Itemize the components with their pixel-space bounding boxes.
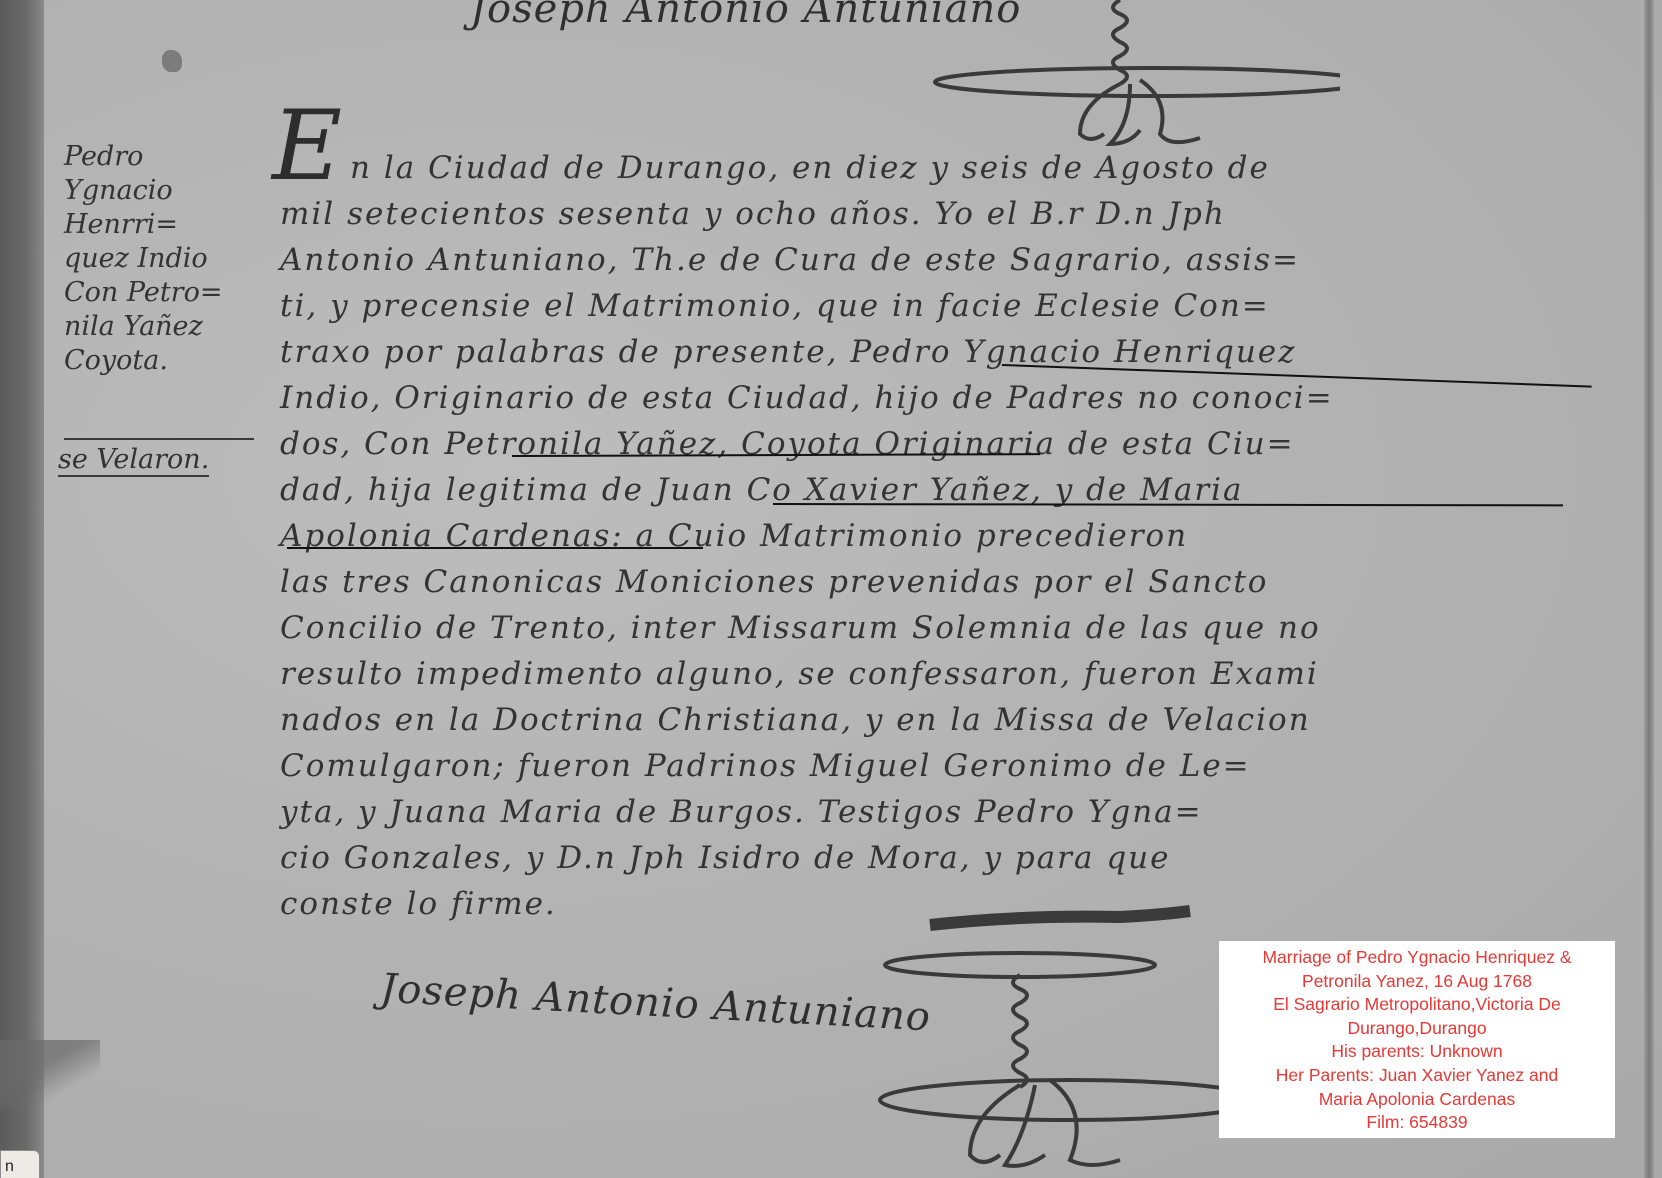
margin-divider: [64, 438, 254, 440]
footer-signature: Joseph Antonio Antuniano: [379, 966, 932, 1041]
body-line: Antonio Antuniano, Th.e de Cura de este …: [280, 242, 1300, 278]
margin-note-line: Coyota.: [64, 344, 274, 378]
body-line: resulto impedimento alguno, se confessar…: [280, 656, 1319, 692]
name-underline-mother: [287, 547, 703, 549]
decorated-initial: E: [272, 98, 342, 194]
annotation-film-line: Film: 654839: [1219, 1111, 1615, 1135]
body-line: dos, Con Petronila Yañez, Coyota Origina…: [280, 426, 1295, 462]
body-line: Comulgaron; fueron Padrinos Miguel Geron…: [280, 748, 1251, 784]
body-line: ti, y precensie el Matrimonio, que in fa…: [280, 288, 1270, 324]
margin-note-line: nila Yañez: [64, 310, 274, 344]
margin-note-line: Henrri=: [64, 208, 274, 242]
document-image-viewer: Joseph Antonio Antuniano Pedro Ygnacio H…: [0, 0, 1662, 1178]
ink-blot: [162, 50, 182, 72]
body-line: las tres Canonicas Moniciones prevenidas…: [280, 564, 1268, 600]
body-line: Indio, Originario de esta Ciudad, hijo d…: [280, 380, 1334, 416]
margin-velaron-note: se Velaron.: [58, 444, 209, 477]
header-rubric-flourish: [920, 0, 1340, 150]
body-line: mil setecientos sesenta y ocho años. Yo …: [280, 196, 1226, 232]
annotation-parish-line: El Sagrario Metropolitano,Victoria De: [1219, 993, 1615, 1017]
body-line: conste lo firme.: [280, 886, 557, 922]
annotation-location-line: Durango,Durango: [1219, 1017, 1615, 1041]
annotation-her-parents-cont-line: Maria Apolonia Cardenas: [1219, 1088, 1615, 1112]
body-line: traxo por palabras de presente, Pedro Yg…: [280, 334, 1296, 370]
margin-note-line: Pedro: [64, 140, 274, 174]
corner-widget-label: n: [5, 1158, 14, 1175]
annotation-her-parents-line: Her Parents: Juan Xavier Yanez and: [1219, 1064, 1615, 1088]
body-line: nados en la Doctrina Christiana, y en la…: [280, 702, 1311, 738]
annotation-his-parents-line: His parents: Unknown: [1219, 1040, 1615, 1064]
page-corner-shadow: [0, 1040, 100, 1110]
annotation-title-line: Marriage of Pedro Ygnacio Henriquez &: [1219, 946, 1615, 970]
margin-note-line: quez Indio: [64, 242, 274, 276]
corner-tooltip-button[interactable]: n: [0, 1150, 40, 1178]
body-line: Concilio de Trento, inter Missarum Solem…: [280, 610, 1321, 646]
margin-note-line: Con Petro=: [64, 276, 274, 310]
body-line: cio Gonzales, y D.n Jph Isidro de Mora, …: [280, 840, 1170, 876]
footer-rubric-flourish: [870, 905, 1250, 1178]
genealogy-annotation-box: Marriage of Pedro Ygnacio Henriquez & Pe…: [1219, 941, 1615, 1138]
page-edge-shadow: [1644, 0, 1654, 1178]
annotation-date-line: Petronila Yanez, 16 Aug 1768: [1219, 970, 1615, 994]
body-line: yta, y Juana Maria de Burgos. Testigos P…: [280, 794, 1203, 830]
margin-note: Pedro Ygnacio Henrri= quez Indio Con Pet…: [64, 140, 274, 378]
page-binding-shadow: [0, 0, 44, 1178]
margin-note-line: Ygnacio: [64, 174, 274, 208]
body-line: n la Ciudad de Durango, en diez y seis d…: [350, 150, 1270, 186]
